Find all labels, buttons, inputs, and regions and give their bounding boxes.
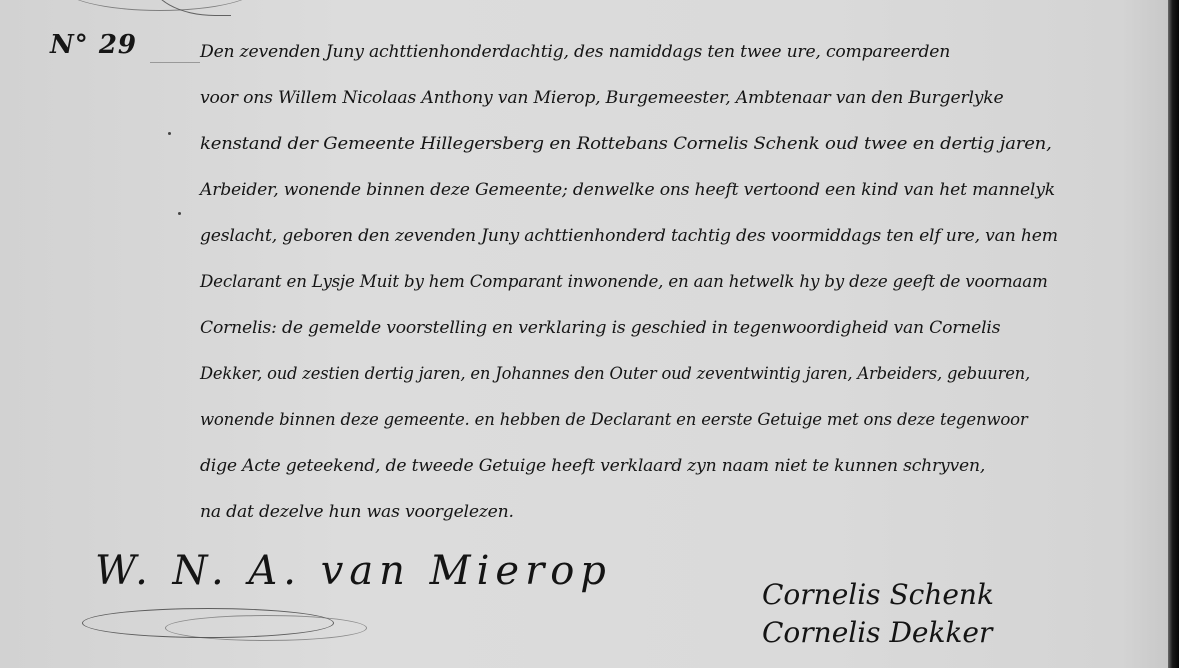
record-line-5: geslacht, geboren den zevenden Juny acht… [200,226,1058,246]
declarant-signature: Cornelis Schenk [762,578,994,611]
page-binding-edge [1168,0,1179,668]
record-line-9: wonende binnen deze gemeente. en hebben … [200,410,1028,430]
record-number-dash [150,62,200,63]
record-line-11: na dat dezelve hun was voorgelezen. [200,502,514,522]
record-number: N° 29 [50,30,137,60]
official-signature: W. N. A. van Mierop [95,548,612,594]
record-line-6: Declarant en Lysje Muit by hem Comparant… [200,272,1048,292]
witness-signature: Cornelis Dekker [762,616,992,649]
document-page: N° 29 Den zevenden Juny achttienhonderda… [0,0,1168,668]
record-line-8: Dekker, oud zestien dertig jaren, en Joh… [200,364,1030,384]
margin-ink-dot [168,132,171,135]
record-line-3: kenstand der Gemeente Hillegersberg en R… [200,134,1052,154]
record-line-7: Cornelis: de gemelde voorstelling en ver… [200,318,1000,338]
record-line-2: voor ons Willem Nicolaas Anthony van Mie… [200,88,1003,108]
signature-flourish [165,615,367,641]
record-line-10: dige Acte geteekend, de tweede Getuige h… [200,456,985,476]
margin-ink-dot [178,212,181,215]
record-line-4: Arbeider, wonende binnen deze Gemeente; … [200,180,1055,200]
record-line-1: Den zevenden Juny achttienhonderdachtig,… [200,42,950,62]
